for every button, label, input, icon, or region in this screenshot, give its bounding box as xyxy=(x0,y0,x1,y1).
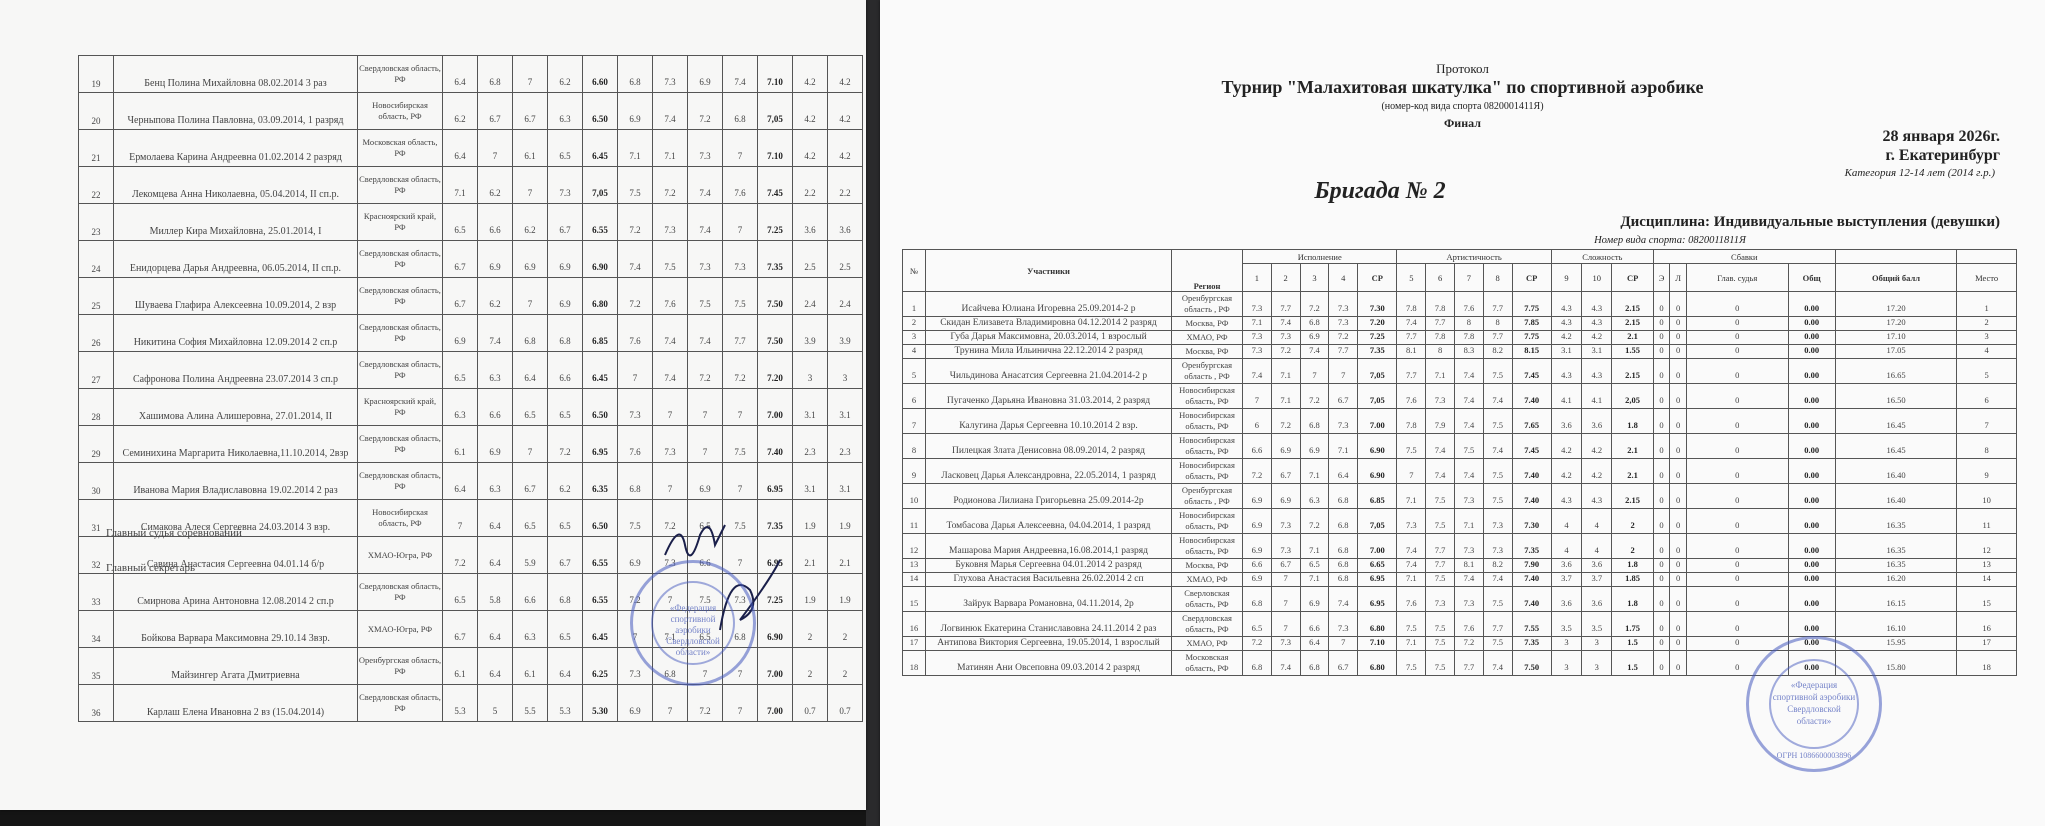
col-diff: СР xyxy=(1612,264,1653,292)
organization-stamp-right: «Федерация спортивной аэробики Свердловс… xyxy=(1746,636,1882,772)
table-row: 13Буковня Марья Сергеевна 04.01.2014 2 р… xyxy=(903,559,2017,573)
exec-score: 7.1 xyxy=(1329,434,1358,459)
exec-score: 7.2 xyxy=(548,426,583,463)
diff-score: 3 xyxy=(793,352,828,389)
art-score: 7.4 xyxy=(688,204,723,241)
deduction-total: 0.00 xyxy=(1788,345,1835,359)
deduction-chief: 0 xyxy=(1686,509,1788,534)
art-score: 8.3 xyxy=(1454,345,1483,359)
art-score: 7.3 xyxy=(1454,534,1483,559)
stamp-text: «Федерация спортивной аэробики Свердловс… xyxy=(653,603,733,658)
diff-score: 4.3 xyxy=(1582,317,1612,331)
exec-score: 7 xyxy=(443,500,478,537)
col-deduction: Глав. судья xyxy=(1686,264,1788,292)
art-score: 7.6 xyxy=(1397,587,1426,612)
exec-score: 6.8 xyxy=(1243,587,1272,612)
art-score: 6.9 xyxy=(688,56,723,93)
deduction-l: 0 xyxy=(1670,434,1687,459)
diff-average: 2.15 xyxy=(1612,292,1653,317)
exec-score: 7.1 xyxy=(1271,384,1300,409)
art-score: 8 xyxy=(1426,345,1455,359)
exec-score: 6.5 xyxy=(443,204,478,241)
art-score: 7.1 xyxy=(653,130,688,167)
exec-score: 7.2 xyxy=(1243,459,1272,484)
col-total: Общий балл xyxy=(1835,264,1957,292)
participant-region: Свердловская область, РФ xyxy=(358,315,443,352)
exec-score: 7.3 xyxy=(1329,292,1358,317)
scanner-bed-bottom xyxy=(0,810,880,826)
header-spacer-place xyxy=(1957,250,2017,264)
exec-score: 6.6 xyxy=(1243,434,1272,459)
deduction-total: 0.00 xyxy=(1788,587,1835,612)
chief-judge-label: Главный судья соревнований xyxy=(106,527,242,539)
art-score: 7.3 xyxy=(618,389,653,426)
exec-score: 6.5 xyxy=(513,389,548,426)
deduction-total: 0.00 xyxy=(1788,534,1835,559)
table-row: 5Чильдинова Анасатсия Сергеевна 21.04.20… xyxy=(903,359,2017,384)
deduction-total: 0.00 xyxy=(1788,317,1835,331)
exec-score: 7.1 xyxy=(1271,359,1300,384)
art-average: 7.50 xyxy=(758,278,793,315)
art-score: 7.5 xyxy=(723,278,758,315)
row-number: 28 xyxy=(79,389,114,426)
art-average: 7.90 xyxy=(1512,559,1551,573)
art-score: 7.8 xyxy=(1426,331,1455,345)
participant-region: Новосибирская область, РФ xyxy=(1172,509,1243,534)
art-score: 7.6 xyxy=(653,278,688,315)
total-score: 16.65 xyxy=(1835,359,1957,384)
exec-score: 5.8 xyxy=(478,574,513,611)
art-score: 7.1 xyxy=(618,130,653,167)
diff-score: 0.7 xyxy=(828,685,863,722)
exec-score: 6.6 xyxy=(478,204,513,241)
art-score: 7.5 xyxy=(1426,651,1455,676)
exec-average: 7,05 xyxy=(1358,384,1397,409)
exec-score: 6.5 xyxy=(513,500,548,537)
exec-score: 6.3 xyxy=(443,389,478,426)
total-score: 16.45 xyxy=(1835,409,1957,434)
deduction-l: 0 xyxy=(1670,359,1687,384)
deduction-total: 0.00 xyxy=(1788,459,1835,484)
exec-score: 6.7 xyxy=(548,204,583,241)
row-number: 20 xyxy=(79,93,114,130)
deduction-total: 0.00 xyxy=(1788,559,1835,573)
participant-region: Оренбургская область, РФ xyxy=(358,648,443,685)
exec-score: 7 xyxy=(513,167,548,204)
exec-score: 7.7 xyxy=(1271,292,1300,317)
exec-score: 6.7 xyxy=(1329,651,1358,676)
exec-score: 6.9 xyxy=(1300,331,1329,345)
deduction-e: 0 xyxy=(1653,559,1669,573)
art-score: 7.7 xyxy=(1483,612,1512,637)
art-score: 7.3 xyxy=(688,130,723,167)
art-score: 7.2 xyxy=(723,352,758,389)
art-score: 7 xyxy=(653,389,688,426)
deduction-e: 0 xyxy=(1653,384,1669,409)
exec-score: 6.6 xyxy=(478,389,513,426)
header-spacer-total xyxy=(1835,250,1957,264)
participant-name: Машарова Мария Андреевна,16.08.2014,1 ра… xyxy=(926,534,1172,559)
participant-region: Москва, РФ xyxy=(1172,559,1243,573)
art-score: 7 xyxy=(723,685,758,722)
total-score: 16.50 xyxy=(1835,384,1957,409)
deduction-chief: 0 xyxy=(1686,292,1788,317)
art-score: 7.7 xyxy=(1454,651,1483,676)
exec-score: 6.8 xyxy=(1329,534,1358,559)
deduction-l: 0 xyxy=(1670,345,1687,359)
art-average: 7.75 xyxy=(1512,331,1551,345)
row-number: 8 xyxy=(903,434,926,459)
art-average: 7.45 xyxy=(758,167,793,204)
art-average: 7.55 xyxy=(1512,612,1551,637)
participant-name: Иванова Мария Владиславовна 19.02.2014 2… xyxy=(114,463,358,500)
exec-score: 7.2 xyxy=(1243,637,1272,651)
participant-name: Черныпова Полина Павловна, 03.09.2014, 1… xyxy=(114,93,358,130)
art-score: 7.5 xyxy=(653,241,688,278)
participant-region: Новосибирская область, РФ xyxy=(1172,434,1243,459)
exec-score: 6.7 xyxy=(513,463,548,500)
deduction-chief: 0 xyxy=(1686,384,1788,409)
participant-name: Майзингер Агата Дмитриевна xyxy=(114,648,358,685)
col-participants: Участники xyxy=(926,250,1172,292)
exec-score: 6.5 xyxy=(548,130,583,167)
art-score: 7.4 xyxy=(1397,534,1426,559)
exec-score: 7.3 xyxy=(1329,409,1358,434)
exec-score: 7.4 xyxy=(478,315,513,352)
art-score: 7.4 xyxy=(653,315,688,352)
exec-score: 6.6 xyxy=(1243,559,1272,573)
art-average: 7.40 xyxy=(758,426,793,463)
col-art: 5 xyxy=(1397,264,1426,292)
participant-name: Зайрук Варвара Романовна, 04.11.2014, 2р xyxy=(926,587,1172,612)
art-average: 7,05 xyxy=(758,93,793,130)
participant-name: Смирнова Арина Антоновна 12.08.2014 2 сп… xyxy=(114,574,358,611)
organization-stamp: «Федерация спортивной аэробики Свердловс… xyxy=(630,560,756,686)
art-score: 7.4 xyxy=(1426,459,1455,484)
deduction-total: 0.00 xyxy=(1788,509,1835,534)
participant-region: Свердловская область, РФ xyxy=(1172,612,1243,637)
row-number: 18 xyxy=(903,651,926,676)
exec-score: 6.5 xyxy=(443,352,478,389)
exec-average: 6.85 xyxy=(583,315,618,352)
discipline-title: Дисциплина: Индивидуальные выступления (… xyxy=(1480,214,2000,231)
place: 2 xyxy=(1957,317,2017,331)
participant-name: Семинихина Маргарита Николаевна,11.10.20… xyxy=(114,426,358,463)
participant-region: Красноярский край, РФ xyxy=(358,204,443,241)
participant-name: Родионова Лилиана Григорьевна 25.09.2014… xyxy=(926,484,1172,509)
deduction-total: 0.00 xyxy=(1788,384,1835,409)
art-average: 7.10 xyxy=(758,130,793,167)
diff-score: 3.1 xyxy=(828,463,863,500)
deduction-total: 0.00 xyxy=(1788,573,1835,587)
exec-score: 6.9 xyxy=(1243,484,1272,509)
exec-average: 6.60 xyxy=(583,56,618,93)
art-score: 7.3 xyxy=(1454,587,1483,612)
diff-average: 2.15 xyxy=(1612,484,1653,509)
deduction-e: 0 xyxy=(1653,484,1669,509)
exec-score: 7 xyxy=(1329,637,1358,651)
col-deduction: Э xyxy=(1653,264,1669,292)
place: 7 xyxy=(1957,409,2017,434)
art-score: 7.1 xyxy=(1397,484,1426,509)
place: 11 xyxy=(1957,509,2017,534)
art-score: 7.6 xyxy=(1454,612,1483,637)
deduction-e: 0 xyxy=(1653,317,1669,331)
diff-score: 4.3 xyxy=(1582,359,1612,384)
brigade-title: Бригада № 2 xyxy=(1280,178,1480,205)
stamp-ogrn: ОГРН 1086600003896 xyxy=(1759,751,1869,760)
art-score: 7.5 xyxy=(1426,612,1455,637)
results-table: № Участники Регион Исполнение Артистично… xyxy=(902,249,2017,676)
participant-region: ХМАО, РФ xyxy=(1172,331,1243,345)
total-score: 16.35 xyxy=(1835,509,1957,534)
art-score: 7.4 xyxy=(1454,409,1483,434)
diff-score: 3.7 xyxy=(1551,573,1581,587)
exec-score: 6.7 xyxy=(1329,384,1358,409)
participant-region: Новосибирская область, РФ xyxy=(1172,534,1243,559)
deduction-e: 0 xyxy=(1653,345,1669,359)
table-row: 29Семинихина Маргарита Николаевна,11.10.… xyxy=(79,426,863,463)
row-number: 36 xyxy=(79,685,114,722)
exec-score: 5.3 xyxy=(548,685,583,722)
total-score: 17.20 xyxy=(1835,292,1957,317)
participant-name: Антипова Виктория Сергеевна, 19.05.2014,… xyxy=(926,637,1172,651)
exec-score: 6.9 xyxy=(478,426,513,463)
deduction-e: 0 xyxy=(1653,573,1669,587)
art-average: 7.25 xyxy=(758,204,793,241)
art-average: 7.35 xyxy=(1512,534,1551,559)
deduction-l: 0 xyxy=(1670,292,1687,317)
participant-region: Свердловская область, РФ xyxy=(358,56,443,93)
deduction-l: 0 xyxy=(1670,459,1687,484)
group-deductions: Сбавки xyxy=(1653,250,1835,264)
deduction-chief: 0 xyxy=(1686,317,1788,331)
art-average: 7.40 xyxy=(1512,459,1551,484)
art-score: 7 xyxy=(1397,459,1426,484)
art-score: 7.5 xyxy=(1426,637,1455,651)
exec-score: 6.7 xyxy=(443,241,478,278)
art-score: 7.6 xyxy=(1397,384,1426,409)
diff-score: 4.2 xyxy=(1551,434,1581,459)
art-score: 7.1 xyxy=(1397,573,1426,587)
art-score: 7.5 xyxy=(1454,434,1483,459)
place: 18 xyxy=(1957,651,2017,676)
deduction-chief: 0 xyxy=(1686,559,1788,573)
participant-region: Свердловская область, РФ xyxy=(358,241,443,278)
table-row: 23Миллер Кира Михайловна, 25.01.2014, IК… xyxy=(79,204,863,241)
exec-score: 6.8 xyxy=(1329,573,1358,587)
exec-score: 6.4 xyxy=(513,352,548,389)
row-number: 34 xyxy=(79,611,114,648)
diff-score: 3.5 xyxy=(1582,612,1612,637)
table-row: 2Скидан Елизавета Владимировна 04.12.201… xyxy=(903,317,2017,331)
exec-score: 6.6 xyxy=(548,352,583,389)
table-row: 24Енидорцева Дарья Андреевна, 06.05.2014… xyxy=(79,241,863,278)
row-number: 7 xyxy=(903,409,926,434)
participant-name: Ермолаева Карина Андреевна 01.02.2014 2 … xyxy=(114,130,358,167)
deduction-chief: 0 xyxy=(1686,409,1788,434)
exec-score: 6.7 xyxy=(513,93,548,130)
art-score: 8 xyxy=(1454,317,1483,331)
exec-score: 6.9 xyxy=(1271,484,1300,509)
col-art: 8 xyxy=(1483,264,1512,292)
table-row: 4Трунина Мила Ильинична 22.12.2014 2 раз… xyxy=(903,345,2017,359)
exec-average: 6.55 xyxy=(583,537,618,574)
diff-score: 4.3 xyxy=(1551,484,1581,509)
art-average: 7.45 xyxy=(1512,359,1551,384)
diff-average: 1.8 xyxy=(1612,587,1653,612)
art-average: 7.35 xyxy=(758,241,793,278)
total-score: 17.10 xyxy=(1835,331,1957,345)
diff-score: 2.2 xyxy=(828,167,863,204)
participant-name: Никитина София Михайловна 12.09.2014 2 с… xyxy=(114,315,358,352)
row-number: 6 xyxy=(903,384,926,409)
participant-region: Свердловская область, РФ xyxy=(358,426,443,463)
art-score: 7.6 xyxy=(723,167,758,204)
art-score: 8 xyxy=(1483,317,1512,331)
total-score: 17.20 xyxy=(1835,317,1957,331)
col-exec: 4 xyxy=(1329,264,1358,292)
diff-score: 3.1 xyxy=(828,389,863,426)
exec-average: 6.35 xyxy=(583,463,618,500)
art-average: 7.00 xyxy=(758,685,793,722)
art-score: 7.4 xyxy=(1426,434,1455,459)
art-score: 7.5 xyxy=(618,167,653,204)
protocol-page-main: Протокол Турнир "Малахитовая шкатулка" п… xyxy=(880,0,2045,826)
art-average: 7.00 xyxy=(758,389,793,426)
exec-average: 6.50 xyxy=(583,93,618,130)
exec-score: 6.2 xyxy=(478,278,513,315)
art-score: 7.6 xyxy=(618,315,653,352)
diff-score: 4 xyxy=(1582,534,1612,559)
col-exec: 1 xyxy=(1243,264,1272,292)
deduction-l: 0 xyxy=(1670,384,1687,409)
diff-score: 3.6 xyxy=(793,204,828,241)
exec-score: 7.4 xyxy=(1329,587,1358,612)
exec-average: 7.25 xyxy=(1358,331,1397,345)
row-number: 26 xyxy=(79,315,114,352)
art-score: 7.4 xyxy=(1454,573,1483,587)
place: 15 xyxy=(1957,587,2017,612)
art-score: 7.1 xyxy=(1454,509,1483,534)
exec-score: 6.9 xyxy=(513,241,548,278)
exec-score: 5.5 xyxy=(513,685,548,722)
row-number: 4 xyxy=(903,345,926,359)
place: 3 xyxy=(1957,331,2017,345)
exec-score: 6.9 xyxy=(548,278,583,315)
row-number: 22 xyxy=(79,167,114,204)
exec-score: 5.9 xyxy=(513,537,548,574)
participant-region: Новосибирская область, РФ xyxy=(358,500,443,537)
exec-average: 7.00 xyxy=(1358,534,1397,559)
place: 12 xyxy=(1957,534,2017,559)
exec-average: 7.35 xyxy=(1358,345,1397,359)
exec-score: 7.2 xyxy=(1271,409,1300,434)
deduction-e: 0 xyxy=(1653,587,1669,612)
exec-score: 7 xyxy=(478,130,513,167)
diff-score: 4.3 xyxy=(1582,292,1612,317)
diff-score: 4.2 xyxy=(793,130,828,167)
participant-region: ХМАО, РФ xyxy=(1172,637,1243,651)
diff-score: 4.2 xyxy=(793,93,828,130)
deduction-total: 0.00 xyxy=(1788,331,1835,345)
participant-region: Оренбургская область , РФ xyxy=(1172,359,1243,384)
art-score: 7.4 xyxy=(1454,384,1483,409)
deduction-l: 0 xyxy=(1670,637,1687,651)
art-score: 6.9 xyxy=(618,685,653,722)
diff-average: 1.8 xyxy=(1612,409,1653,434)
diff-score: 2.3 xyxy=(793,426,828,463)
exec-score: 6.8 xyxy=(1300,317,1329,331)
table-row: 20Черныпова Полина Павловна, 03.09.2014,… xyxy=(79,93,863,130)
table-row: 30Иванова Мария Владиславовна 19.02.2014… xyxy=(79,463,863,500)
art-score: 7.4 xyxy=(723,56,758,93)
art-score: 7.6 xyxy=(618,426,653,463)
deduction-chief: 0 xyxy=(1686,534,1788,559)
art-score: 7.2 xyxy=(1454,637,1483,651)
art-score: 7.5 xyxy=(1397,651,1426,676)
diff-score: 3.7 xyxy=(1582,573,1612,587)
exec-score: 6.8 xyxy=(1329,509,1358,534)
participant-region: ХМАО, РФ xyxy=(1172,573,1243,587)
exec-score: 6.8 xyxy=(513,315,548,352)
deduction-e: 0 xyxy=(1653,331,1669,345)
art-score: 8.2 xyxy=(1483,559,1512,573)
diff-score: 3 xyxy=(1551,637,1581,651)
place: 6 xyxy=(1957,384,2017,409)
deduction-chief: 0 xyxy=(1686,345,1788,359)
diff-score: 4.3 xyxy=(1551,317,1581,331)
total-score: 16.35 xyxy=(1835,559,1957,573)
deduction-total: 0.00 xyxy=(1788,292,1835,317)
diff-score: 0.7 xyxy=(793,685,828,722)
diff-score: 4 xyxy=(1582,509,1612,534)
place: 16 xyxy=(1957,612,2017,637)
diff-average: 2.1 xyxy=(1612,434,1653,459)
art-score: 7 xyxy=(688,426,723,463)
art-score: 7.7 xyxy=(723,315,758,352)
participant-name: Ласковец Дарья Александровна, 22.05.2014… xyxy=(926,459,1172,484)
deduction-chief: 0 xyxy=(1686,434,1788,459)
art-average: 7.30 xyxy=(1512,509,1551,534)
art-average: 7.35 xyxy=(1512,637,1551,651)
exec-score: 6.2 xyxy=(548,463,583,500)
art-score: 7.2 xyxy=(688,93,723,130)
art-score: 7.8 xyxy=(1426,292,1455,317)
col-deduction: Общ xyxy=(1788,264,1835,292)
exec-average: 6.90 xyxy=(1358,434,1397,459)
table-row: 19Бенц Полина Михайловна 08.02.2014 3 ра… xyxy=(79,56,863,93)
exec-score: 7.4 xyxy=(1271,317,1300,331)
art-score: 7.9 xyxy=(1426,409,1455,434)
art-score: 7.5 xyxy=(723,426,758,463)
art-score: 6.8 xyxy=(618,56,653,93)
deduction-e: 0 xyxy=(1653,459,1669,484)
art-score: 7.4 xyxy=(1483,384,1512,409)
place: 8 xyxy=(1957,434,2017,459)
table-row: 27Сафронова Полина Андреевна 23.07.2014 … xyxy=(79,352,863,389)
deduction-l: 0 xyxy=(1670,559,1687,573)
art-score: 7.4 xyxy=(1454,459,1483,484)
row-number: 17 xyxy=(903,637,926,651)
row-number: 5 xyxy=(903,359,926,384)
art-score: 7.5 xyxy=(1483,359,1512,384)
row-number: 29 xyxy=(79,426,114,463)
exec-average: 6.45 xyxy=(583,352,618,389)
tournament-title: Турнир "Малахитовая шкатулка" по спортив… xyxy=(880,77,2045,98)
participant-region: Свердловская область, РФ xyxy=(358,167,443,204)
diff-average: 2.1 xyxy=(1612,459,1653,484)
